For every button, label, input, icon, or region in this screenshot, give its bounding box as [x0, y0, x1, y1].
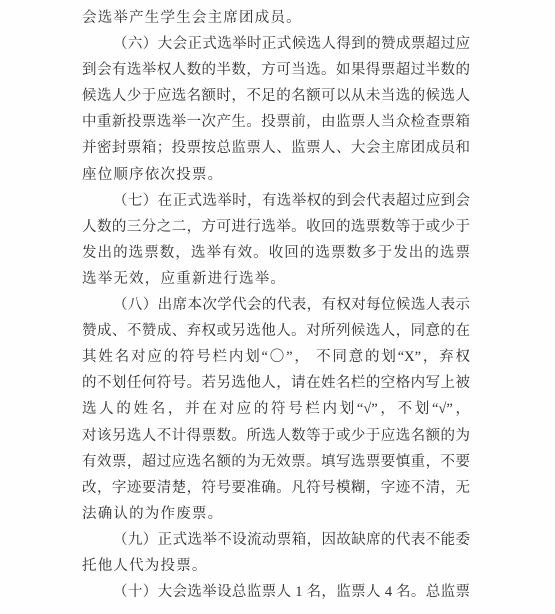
- text-line: 有效票，超过应选名额的为无效票。填写选票要慎重，不要涂: [82, 449, 470, 475]
- document-body: 会选举产生学生会主席团成员。（六）大会正式选举时正式候选人得到的赞成票超过应到会…: [82, 5, 470, 605]
- text-line: （九）正式选举不设流动票箱，因故缺席的代表不能委: [82, 527, 470, 553]
- text-line: 的不划任何符号。若另选他人，请在姓名栏的空格内写上被: [82, 370, 470, 396]
- text-line: 并密封票箱；投票按总监票人、监票人、大会主席团成员和: [82, 135, 470, 161]
- text-line: 座位顺序依次投票。: [82, 162, 470, 188]
- text-line: 其姓名对应的符号栏内划“〇”， 不同意的划“X”，弃权: [82, 344, 470, 370]
- document-page: 会选举产生学生会主席团成员。（六）大会正式选举时正式候选人得到的赞成票超过应到会…: [0, 0, 555, 614]
- text-line: 改，字迹要清楚，符号要准确。凡符号模糊，字迹不清，无: [82, 475, 470, 501]
- text-line: 法确认的为作废票。: [82, 501, 470, 527]
- text-line: 人数的三分之二，方可进行选举。收回的选票数等于或少于: [82, 214, 470, 240]
- text-line: 托他人代为投票。: [82, 553, 470, 579]
- text-line: 发出的选票数，选举有效。收回的选票数多于发出的选票数，: [82, 240, 470, 266]
- text-line: 选举无效，应重新进行选举。: [82, 266, 470, 292]
- text-line: 会选举产生学生会主席团成员。: [82, 5, 470, 31]
- text-line: 到会有选举权人数的半数，方可当选。如果得票超过半数的: [82, 57, 470, 83]
- text-line: 中重新投票选举一次产生。投票前，由监票人当众检查票箱: [82, 109, 470, 135]
- text-line: （六）大会正式选举时正式候选人得到的赞成票超过应: [82, 31, 470, 57]
- text-line: 对该另选人不计得票数。所选人数等于或少于应选名额的为: [82, 423, 470, 449]
- text-line: 候选人少于应选名额时，不足的名额可以从未当选的候选人: [82, 83, 470, 109]
- text-line: （七）在正式选举时，有选举权的到会代表超过应到会: [82, 188, 470, 214]
- text-line: 赞成、不赞成、弃权或另选他人。对所列候选人，同意的在: [82, 318, 470, 344]
- text-line: 选人的姓名，并在对应的符号栏内划“√”，不划“√”，: [82, 396, 470, 422]
- text-line: （十）大会选举设总监票人 1 名，监票人 4 名。总监票: [82, 579, 470, 605]
- text-line: （八）出席本次学代会的代表，有权对每位候选人表示: [82, 292, 470, 318]
